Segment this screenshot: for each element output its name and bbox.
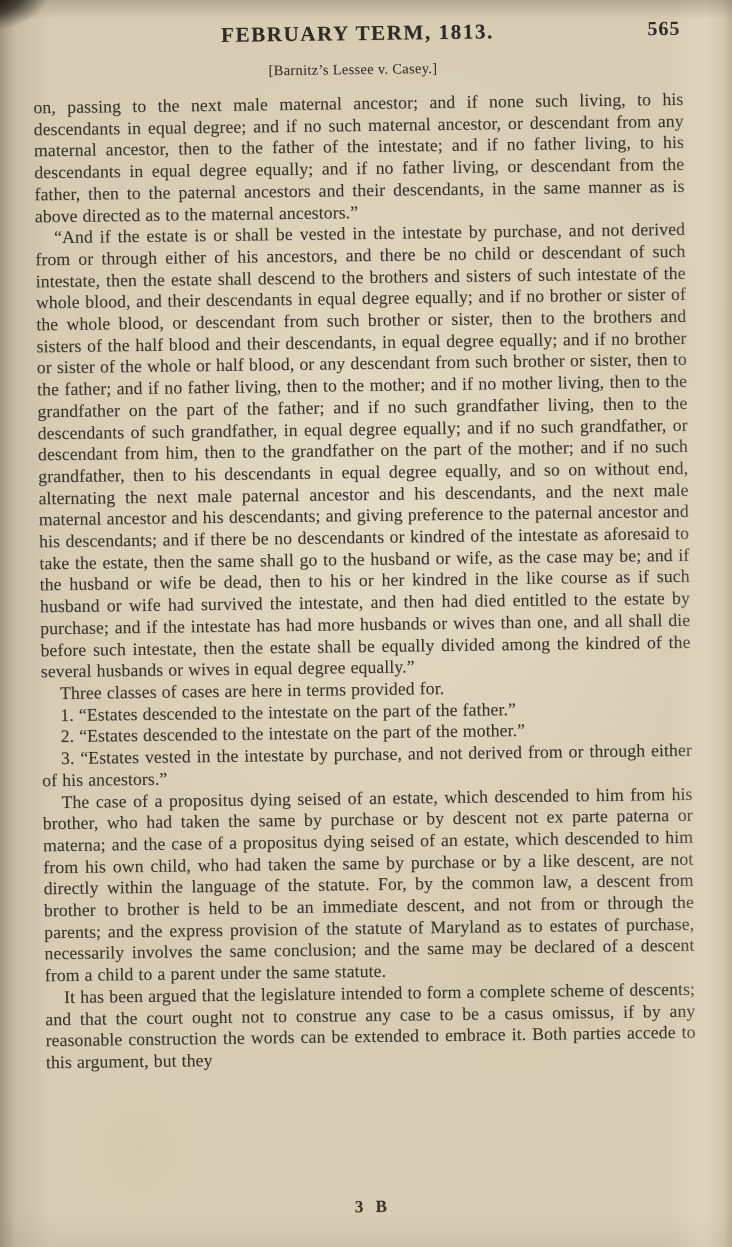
signature-mark: 3 B xyxy=(7,1192,732,1222)
paragraph-continuation: on, passing to the next male maternal an… xyxy=(33,89,685,228)
running-header: FEBRUARY TERM, 1813. 565 xyxy=(0,16,724,54)
scanned-book-page: FEBRUARY TERM, 1813. 565 [Barnitz’s Less… xyxy=(0,0,732,1247)
paragraph-statute-quote: “And if the estate is or shall be vested… xyxy=(35,219,691,683)
case-caption: [Barnitz’s Lessee v. Casey.] xyxy=(0,57,714,83)
paragraph-propositus-case: The case of a propositus dying seised of… xyxy=(42,783,695,987)
body-text: on, passing to the next male maternal an… xyxy=(33,89,696,1074)
paragraph-legislature-argument: It has been argued that the legislature … xyxy=(45,979,696,1074)
term-heading: FEBRUARY TERM, 1813. xyxy=(0,16,724,51)
page-content: FEBRUARY TERM, 1813. 565 [Barnitz’s Less… xyxy=(0,0,732,1247)
page-number: 565 xyxy=(647,18,680,41)
